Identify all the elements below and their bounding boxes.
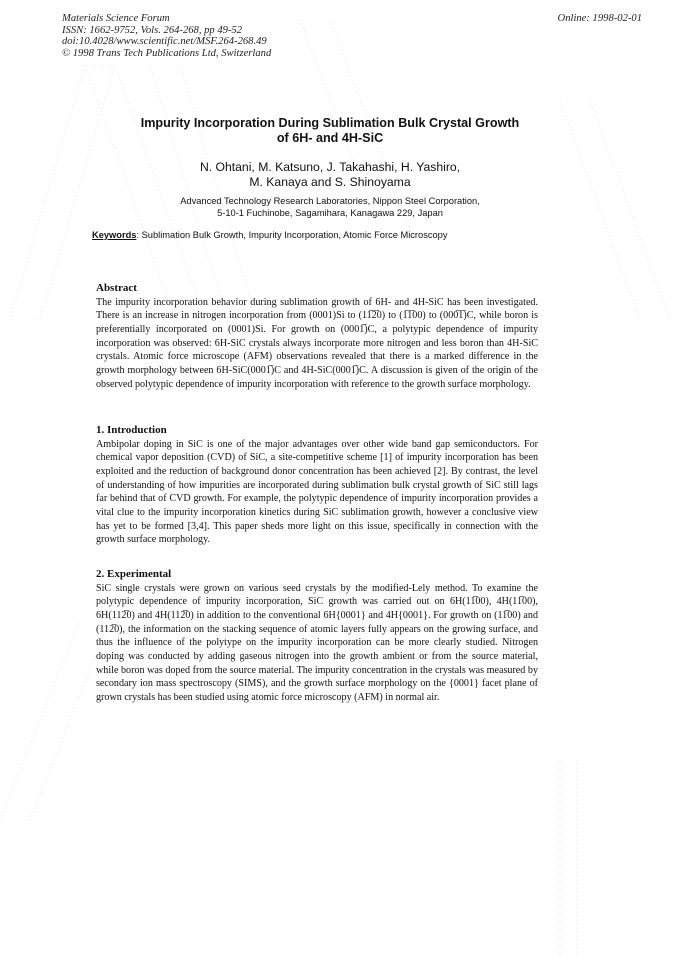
paper-title: Impurity Incorporation During Sublimatio… [100,116,560,146]
doi[interactable]: doi:10.4028/www.scientific.net/MSF.264-2… [62,36,271,48]
keywords-list: : Sublimation Bulk Growth, Impurity Inco… [136,230,447,240]
section-text: SiC single crystals were grown on variou… [96,582,538,705]
keywords-label: Keywords [92,230,136,240]
authors: N. Ohtani, M. Katsuno, J. Takahashi, H. … [100,160,560,190]
authors-line: N. Ohtani, M. Katsuno, J. Takahashi, H. … [100,160,560,175]
publication-info: Materials Science Forum ISSN: 1662-9752,… [62,13,271,60]
introduction-section: 1. Introduction Ambipolar doping in SiC … [96,424,538,547]
online-date: Online: 1998-02-01 [558,13,642,24]
affiliation-line: 5-10-1 Fuchinobe, Sagamihara, Kanagawa 2… [80,208,580,220]
copyright: © 1998 Trans Tech Publications Ltd, Swit… [62,48,271,60]
section-heading: 1. Introduction [96,424,538,438]
affiliation: Advanced Technology Research Laboratorie… [80,196,580,219]
abstract-section: Abstract The impurity incorporation beha… [96,282,538,391]
paper-page: Materials Science Forum ISSN: 1662-9752,… [0,0,678,959]
authors-line: M. Kanaya and S. Shinoyama [100,175,560,190]
title-line: of 6H- and 4H-SiC [100,131,560,146]
issn-volume: ISSN: 1662-9752, Vols. 264-268, pp 49-52 [62,25,271,37]
section-heading: Abstract [96,282,538,296]
experimental-section: 2. Experimental SiC single crystals were… [96,568,538,705]
section-text: Ambipolar doping in SiC is one of the ma… [96,438,538,547]
title-line: Impurity Incorporation During Sublimatio… [100,116,560,131]
journal-name: Materials Science Forum [62,13,271,25]
section-heading: 2. Experimental [96,568,538,582]
keywords: Keywords: Sublimation Bulk Growth, Impur… [92,230,447,240]
section-text: The impurity incorporation behavior duri… [96,296,538,392]
affiliation-line: Advanced Technology Research Laboratorie… [80,196,580,208]
